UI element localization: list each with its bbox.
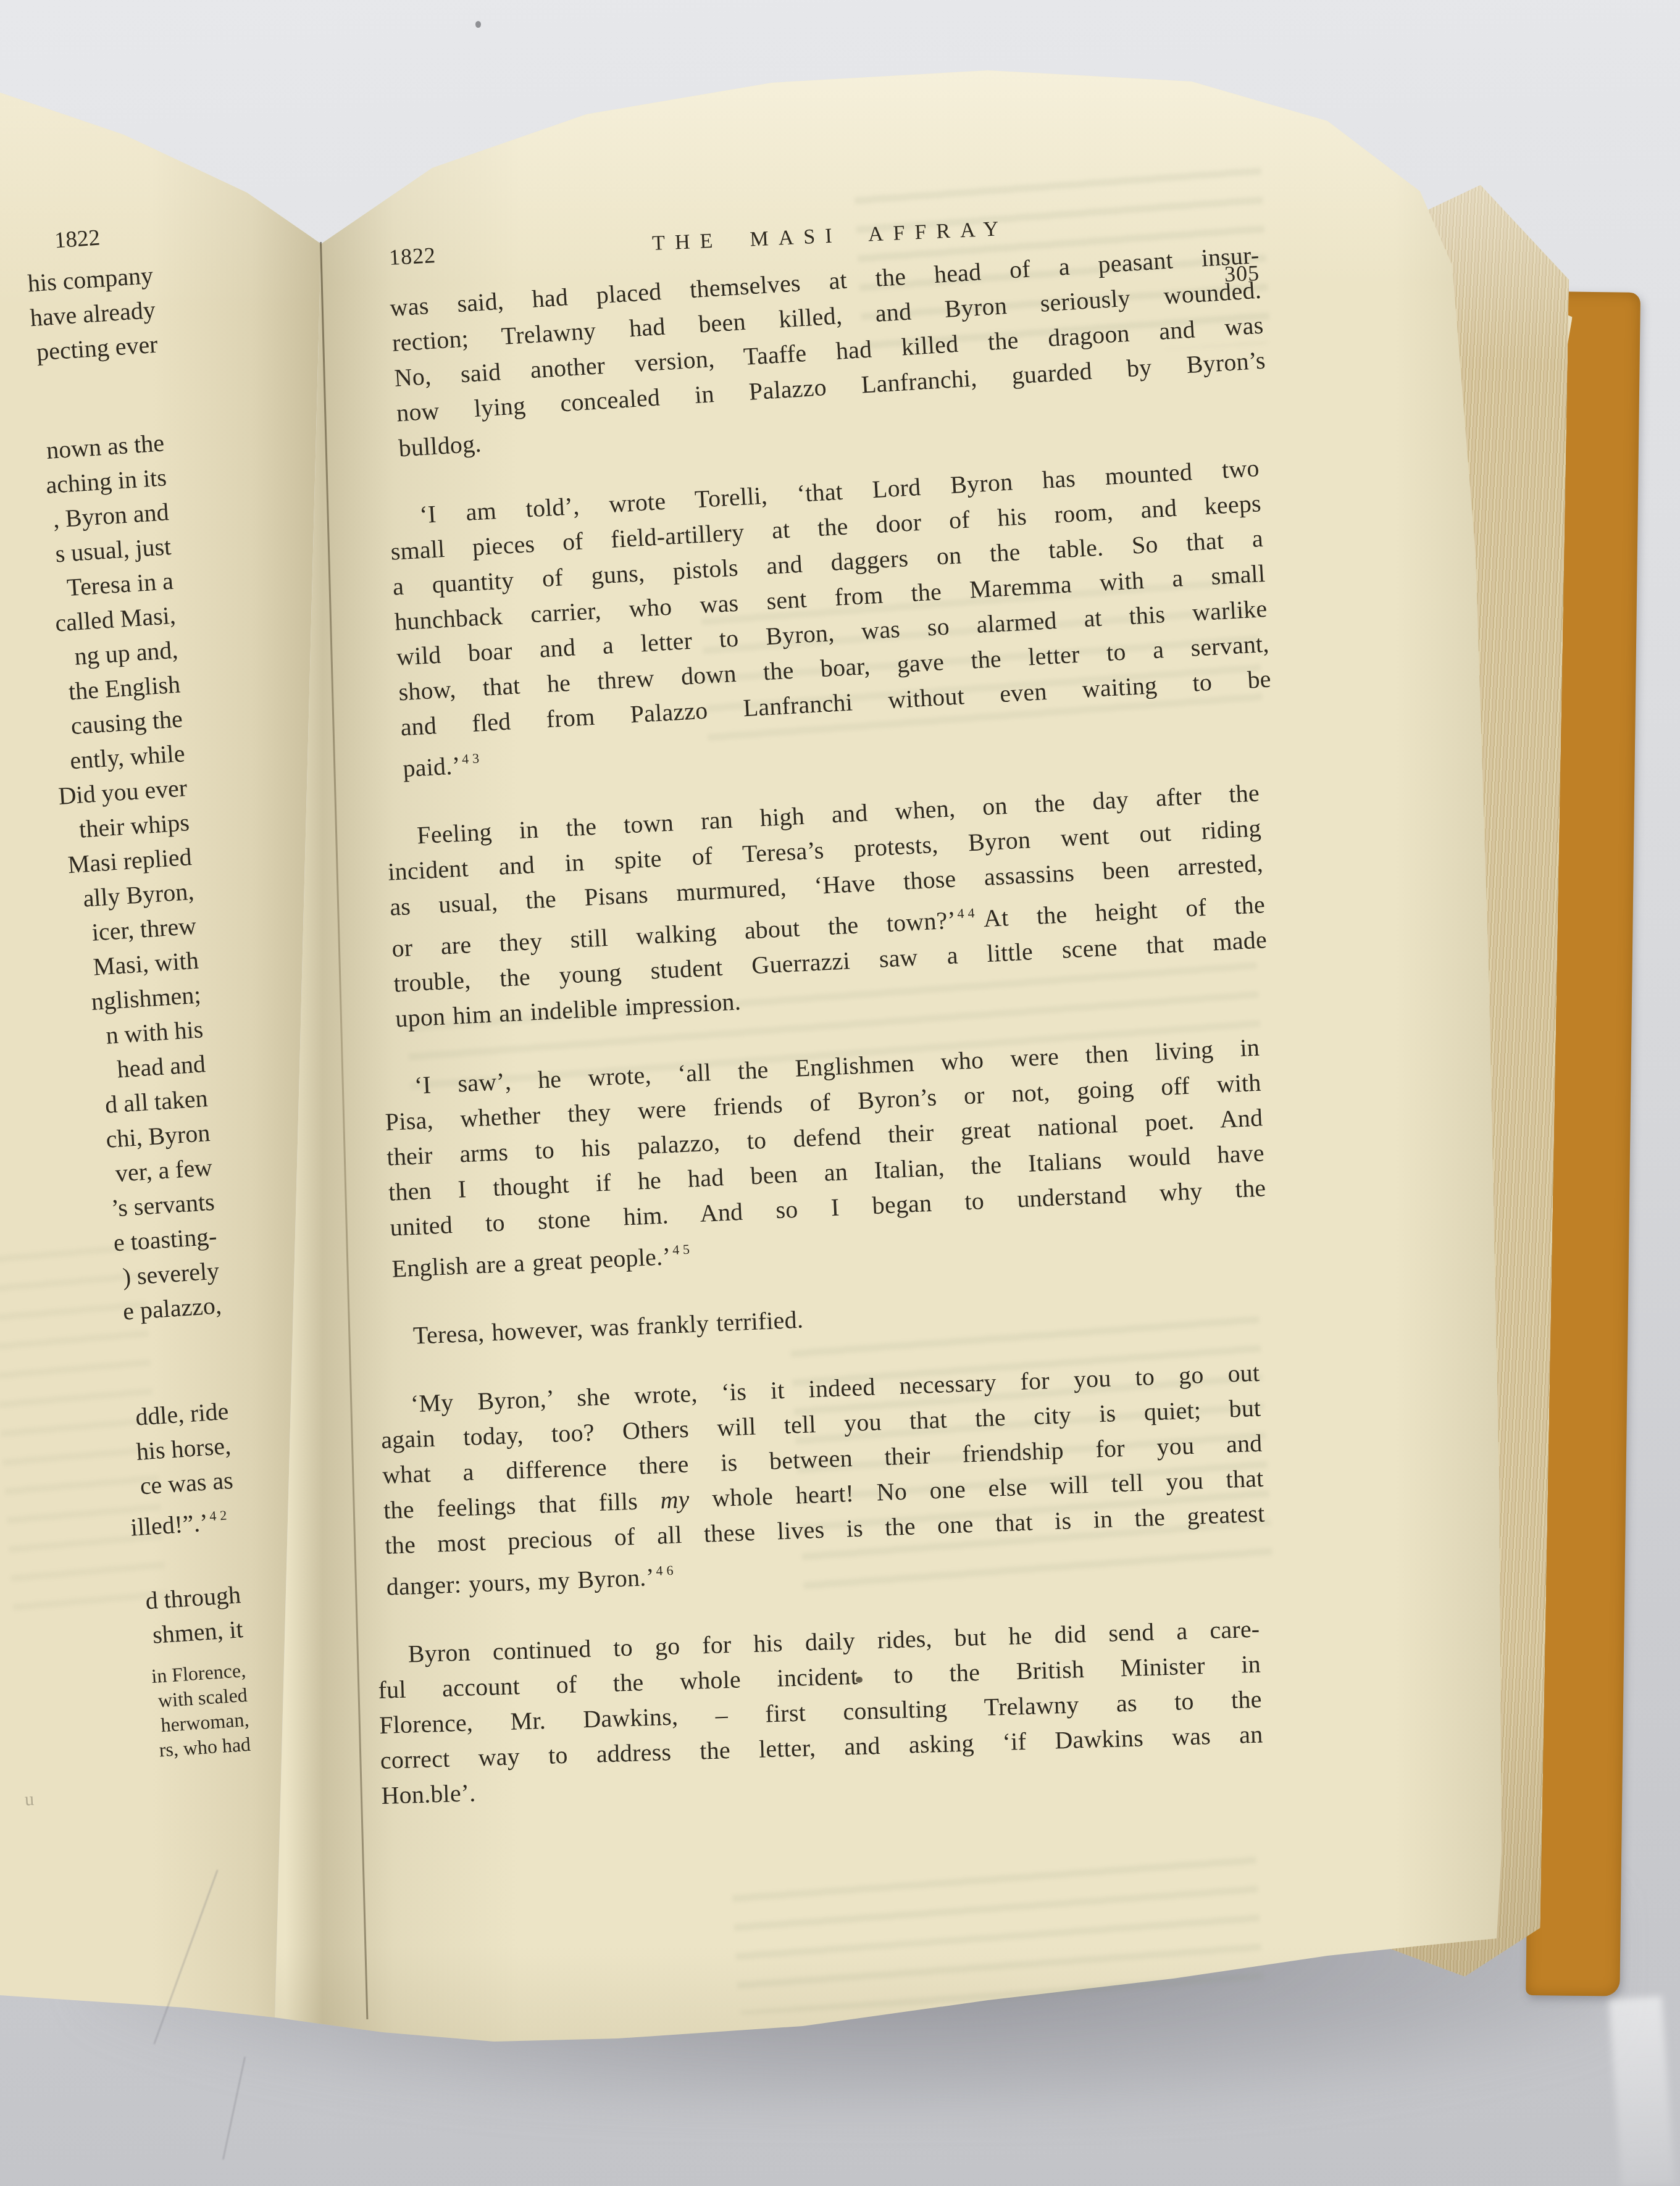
paragraph: Feeling in the town ran high and when, o… (385, 775, 1269, 1036)
fragment-block: his companyhave alreadypecting ever (0, 258, 159, 373)
paragraph: ‘My Byron,’ she wrote, ‘is it indeed nec… (379, 1355, 1267, 1604)
ink-blot (856, 1677, 863, 1683)
dust-speck (475, 21, 481, 28)
text-line: Teresa, however, was frankly terrified. (382, 1282, 1260, 1354)
fragment-block: ddle, ridehis horse,ce was asilled!”.’42 (49, 1394, 237, 1550)
footnote-fragments: in Florence,with scaledherwoman,rs, who … (66, 1658, 251, 1768)
left-page-year: 1822 (54, 224, 101, 254)
fragment-block: d throughshmen, it (61, 1577, 244, 1658)
signature-mark: u (24, 1789, 35, 1811)
paragraph: Byron continued to go for his daily ride… (377, 1611, 1264, 1813)
reflection-streak (1608, 1996, 1674, 2186)
body-paragraphs: was said, had placed themselves at the h… (389, 290, 1260, 1846)
paragraph: ‘I am told’, wrote Torelli, ‘that Lord B… (388, 450, 1274, 786)
book-photo: 1822 his companyhave alreadypecting ever… (0, 0, 1680, 2186)
right-page-year: 1822 (388, 242, 437, 270)
paragraph: ‘I saw’, he wrote, ‘all the Englishmen w… (383, 1030, 1269, 1287)
paragraph: Teresa, however, was frankly terrified. (382, 1282, 1260, 1354)
